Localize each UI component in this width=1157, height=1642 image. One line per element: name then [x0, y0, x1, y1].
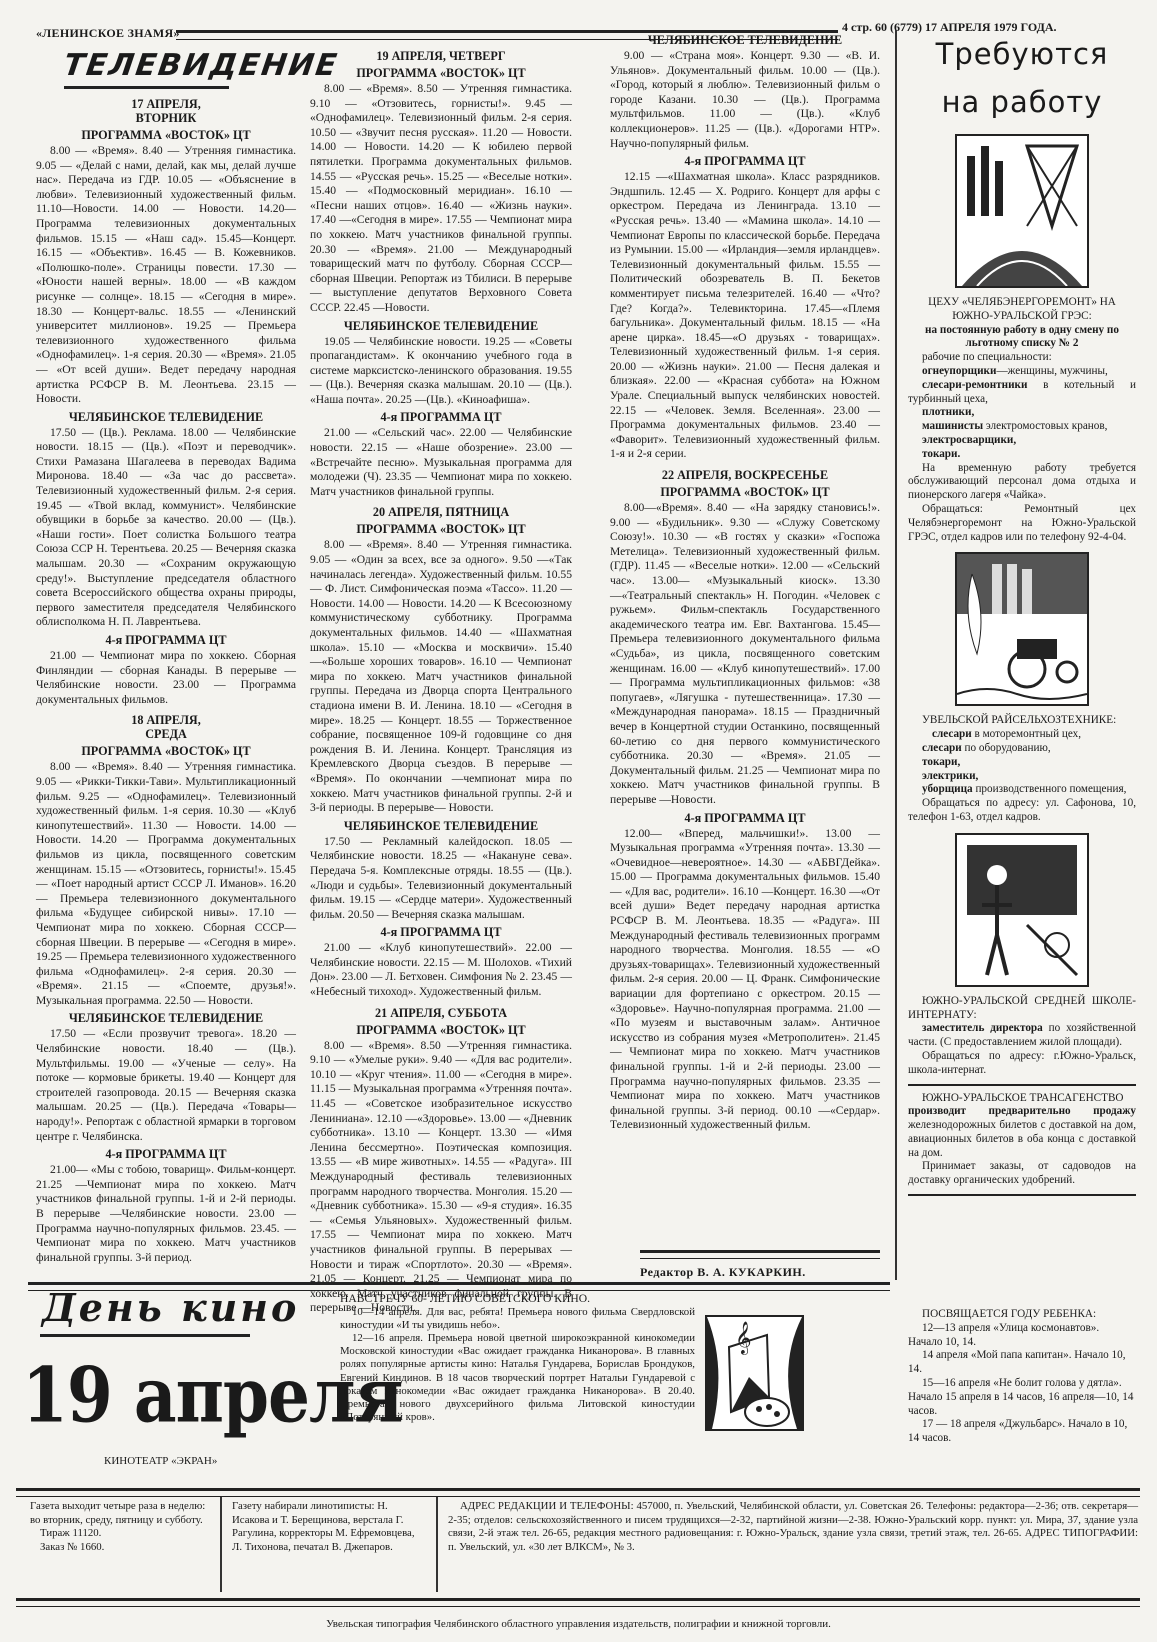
power-plant-illustration-icon — [955, 134, 1089, 288]
channel-header: ЧЕЛЯБИНСКОЕ ТЕЛЕВИДЕНИЕ — [310, 819, 572, 833]
employer-name: ЦЕХУ «ЧЕЛЯБЭНЕРГОРЕМОНТ» НА ЮЖНО-УРАЛЬСК… — [908, 296, 1136, 324]
transport-agency-ad: ЮЖНО-УРАЛЬСКОЕ ТРАНСАГЕНСТВО производит … — [908, 1092, 1136, 1189]
channel-header: 4-я ПРОГРАММА ЦТ — [310, 925, 572, 939]
schedule-text: 12.00— «Вперед, мальчишки!». 13.00 — Муз… — [610, 827, 880, 1133]
section-title-television: ТЕЛЕВИДЕНИЕ — [62, 48, 341, 83]
footer-rule-bottom — [16, 1598, 1140, 1607]
position: уборщица производственного помещения, — [908, 783, 1136, 797]
day-header: 20 АПРЕЛЯ, ПЯТНИЦА — [310, 505, 572, 519]
school-teacher-illustration-icon — [955, 833, 1089, 987]
position: электрики, — [908, 770, 1136, 784]
schedule-text: 8.00—«Время». 8.40 — «На зарядку станови… — [610, 501, 880, 807]
schedule-text: 8.00 — «Время». 8.40 — Утренняя гимнасти… — [310, 538, 572, 815]
channel-header: ЧЕЛЯБИНСКОЕ ТЕЛЕВИДЕНИЕ — [36, 1011, 296, 1025]
schedule-text: 17.50 — Рекламный калейдоскоп. 18.05 — Ч… — [310, 835, 572, 923]
contact-info: Обращаться: Ремонтный цех Челябэнергорем… — [908, 503, 1136, 544]
position: слесари по оборудованию, — [908, 742, 1136, 756]
employer-name: ЮЖНО-УРАЛЬСКОЙ СРЕДНЕЙ ШКОЛЕ-ИНТЕРНАТУ: — [908, 995, 1136, 1023]
channel-header: ПРОГРАММА «ВОСТОК» ЦТ — [310, 522, 572, 536]
position: слесари-ремонтники в котельный и турбинн… — [908, 379, 1136, 407]
editor-signature: Редактор В. А. КУКАРКИН. — [640, 1265, 806, 1280]
staff-credits: Газету набирали линотиписты: Н. Исакова … — [232, 1500, 424, 1554]
day-header: 17 АПРЕЛЯ,ВТОРНИК — [36, 97, 296, 125]
channel-header: 4-я ПРОГРАММА ЦТ — [610, 811, 880, 825]
title-underline — [40, 1334, 250, 1337]
channel-header: 4-я ПРОГРАММА ЦТ — [610, 154, 880, 168]
cinema-name: КИНОТЕАТР «ЭКРАН» — [104, 1455, 217, 1467]
ad-divider — [908, 1084, 1136, 1086]
schedule-text: 17.50 — «Если прозвучит тревога». 18.20 … — [36, 1027, 296, 1144]
schedule-text: 21.00— «Мы с тобою, товарищ». Фильм-конц… — [36, 1163, 296, 1265]
schedule-text: 21.00 — «Сельский час». 22.00 — Челябинс… — [310, 426, 572, 499]
printer-info: Увельская типография Челябинского област… — [0, 1618, 1157, 1630]
schedule-text: 12.15 —«Шахматная школа». Класс разрядни… — [610, 170, 880, 462]
ads-title: Требуютсяна работу — [908, 30, 1136, 126]
cinema-program: НАВСТРЕЧУ 60- ЛЕТИЮ СОВЕТСКОГО КИНО. 10—… — [340, 1292, 695, 1424]
schedule-text: 17.50 — (Цв.). Реклама. 18.00 — Челябинс… — [36, 426, 296, 630]
footer-rule-top — [16, 1488, 1140, 1497]
day-header: 21 АПРЕЛЯ, СУББОТА — [310, 1006, 572, 1020]
ad-lead: на постоянную работу в одну смену по льг… — [908, 324, 1136, 352]
tractor-wheat-illustration-icon — [955, 552, 1089, 706]
contact-info: Обращаться по адресу: г.Южно-Уральск, шк… — [908, 1050, 1136, 1078]
contact-info: Обращаться по адресу: ул. Сафонова, 10, … — [908, 797, 1136, 825]
tv-column-1: 17 АПРЕЛЯ,ВТОРНИК ПРОГРАММА «ВОСТОК» ЦТ … — [36, 94, 296, 1265]
day-header: 22 АПРЕЛЯ, ВОСКРЕСЕНЬЕ — [610, 468, 880, 482]
tv-column-2: 19 АПРЕЛЯ, ЧЕТВЕРГ ПРОГРАММА «ВОСТОК» ЦТ… — [310, 46, 572, 1316]
schedule-text: 19.05 — Челябинские новости. 19.25 — «Со… — [310, 335, 572, 408]
screening-item: 17 — 18 апреля «Джульбарс». Начало в 10,… — [908, 1418, 1136, 1446]
position: токари. — [908, 448, 1136, 462]
position: заместитель директора по хозяйственной ч… — [908, 1022, 1136, 1050]
channel-header: 4-я ПРОГРАММА ЦТ — [36, 633, 296, 647]
title-underline — [64, 86, 229, 89]
editorial-address: АДРЕС РЕДАКЦИИ И ТЕЛЕФОНЫ: 457000, п. Ув… — [448, 1500, 1138, 1554]
theater-curtain-illustration-icon: 𝄞 — [705, 1315, 804, 1431]
channel-header: 4-я ПРОГРАММА ЦТ — [310, 410, 572, 424]
position: слесари в моторемонтный цех, — [908, 728, 1136, 742]
channel-header: ПРОГРАММА «ВОСТОК» ЦТ — [310, 66, 572, 80]
day-header: 18 АПРЕЛЯ,СРЕДА — [36, 713, 296, 741]
screening-item: 15—16 апреля «Не болит голова у дятла». … — [908, 1377, 1136, 1418]
publication-schedule: Газета выходит четыре раза в неделю: во … — [30, 1500, 210, 1554]
child-year-program: ПОСВЯЩАЕТСЯ ГОДУ РЕБЕНКА: 12—13 апреля «… — [908, 1308, 1136, 1446]
newspaper-name: «ЛЕНИНСКОЕ ЗНАМЯ» — [36, 26, 180, 41]
footer-divider — [436, 1497, 438, 1592]
day-header: 19 АПРЕЛЯ, ЧЕТВЕРГ — [310, 49, 572, 63]
channel-header: ПРОГРАММА «ВОСТОК» ЦТ — [36, 744, 296, 758]
channel-header: 4-я ПРОГРАММА ЦТ — [36, 1147, 296, 1161]
position: токари, — [908, 756, 1136, 770]
position: машинисты электромостовых кранов, — [908, 420, 1136, 434]
screening-item: 14 апреля «Мой папа капитан». Начало 10,… — [908, 1349, 1136, 1377]
cinema-day-title: День кино — [42, 1285, 299, 1330]
position: огнеупорщики—женщины, мужчины, — [908, 365, 1136, 379]
screening-item: 12—13 апреля «Улица космонавтов». Начало… — [908, 1322, 1136, 1350]
schedule-text: 8.00 — «Время». 8.50 —Утренняя гимнастик… — [310, 1039, 572, 1316]
channel-header: ЧЕЛЯБИНСКОЕ ТЕЛЕВИДЕНИЕ — [310, 319, 572, 333]
cinema-heading: НАВСТРЕЧУ 60- ЛЕТИЮ СОВЕТСКОГО КИНО. — [340, 1292, 695, 1305]
employer-name: УВЕЛЬСКОЙ РАЙСЕЛЬХОЗТЕХНИКЕ: — [908, 714, 1136, 728]
job-ad: УВЕЛЬСКОЙ РАЙСЕЛЬХОЗТЕХНИКЕ: слесари в м… — [908, 714, 1136, 824]
schedule-text: 8.00 — «Время». 8.40 — Утренняя гимнасти… — [36, 144, 296, 407]
job-ads: Требуютсяна работу ЦЕХУ «ЧЕЛЯБЭНЕРГОРЕМО… — [908, 30, 1136, 1202]
schedule-text: 8.00 — «Время». 8.50 — Утренняя гимнасти… — [310, 82, 572, 316]
ad-divider — [908, 1194, 1136, 1196]
position: плотники, — [908, 406, 1136, 420]
child-year-heading: ПОСВЯЩАЕТСЯ ГОДУ РЕБЕНКА: — [908, 1308, 1136, 1322]
editor-rule — [640, 1250, 880, 1259]
tv-column-3: ЧЕЛЯБИНСКОЕ ТЕЛЕВИДЕНИЕ 9.00 — «Страна м… — [610, 30, 880, 1133]
job-ad: ЦЕХУ «ЧЕЛЯБЭНЕРГОРЕМОНТ» НА ЮЖНО-УРАЛЬСК… — [908, 296, 1136, 544]
channel-header: ПРОГРАММА «ВОСТОК» ЦТ — [36, 128, 296, 142]
schedule-text: 21.00 — «Клуб кинопутешествий». 22.00 — … — [310, 941, 572, 999]
svg-text:𝄞: 𝄞 — [735, 1321, 752, 1355]
job-ad: ЮЖНО-УРАЛЬСКОЙ СРЕДНЕЙ ШКОЛЕ-ИНТЕРНАТУ: … — [908, 995, 1136, 1078]
channel-header: ЧЕЛЯБИНСКОЕ ТЕЛЕВИДЕНИЕ — [36, 410, 296, 424]
agency-name: ЮЖНО-УРАЛЬСКОЕ ТРАНСАГЕНСТВО — [908, 1092, 1136, 1106]
schedule-text: 9.00 — «Страна моя». Концерт. 9.30 — «В.… — [610, 49, 880, 151]
channel-header: ПРОГРАММА «ВОСТОК» ЦТ — [610, 485, 880, 499]
schedule-text: 8.00 — «Время». 8.40 — Утренняя гимнасти… — [36, 760, 296, 1008]
footer-divider — [220, 1497, 222, 1592]
schedule-text: 21.00 — Чемпионат мира по хоккею. Сборна… — [36, 649, 296, 707]
channel-header: ПРОГРАММА «ВОСТОК» ЦТ — [310, 1023, 572, 1037]
position: электросварщики, — [908, 434, 1136, 448]
channel-header: ЧЕЛЯБИНСКОЕ ТЕЛЕВИДЕНИЕ — [610, 33, 880, 47]
column-divider — [895, 30, 897, 1280]
